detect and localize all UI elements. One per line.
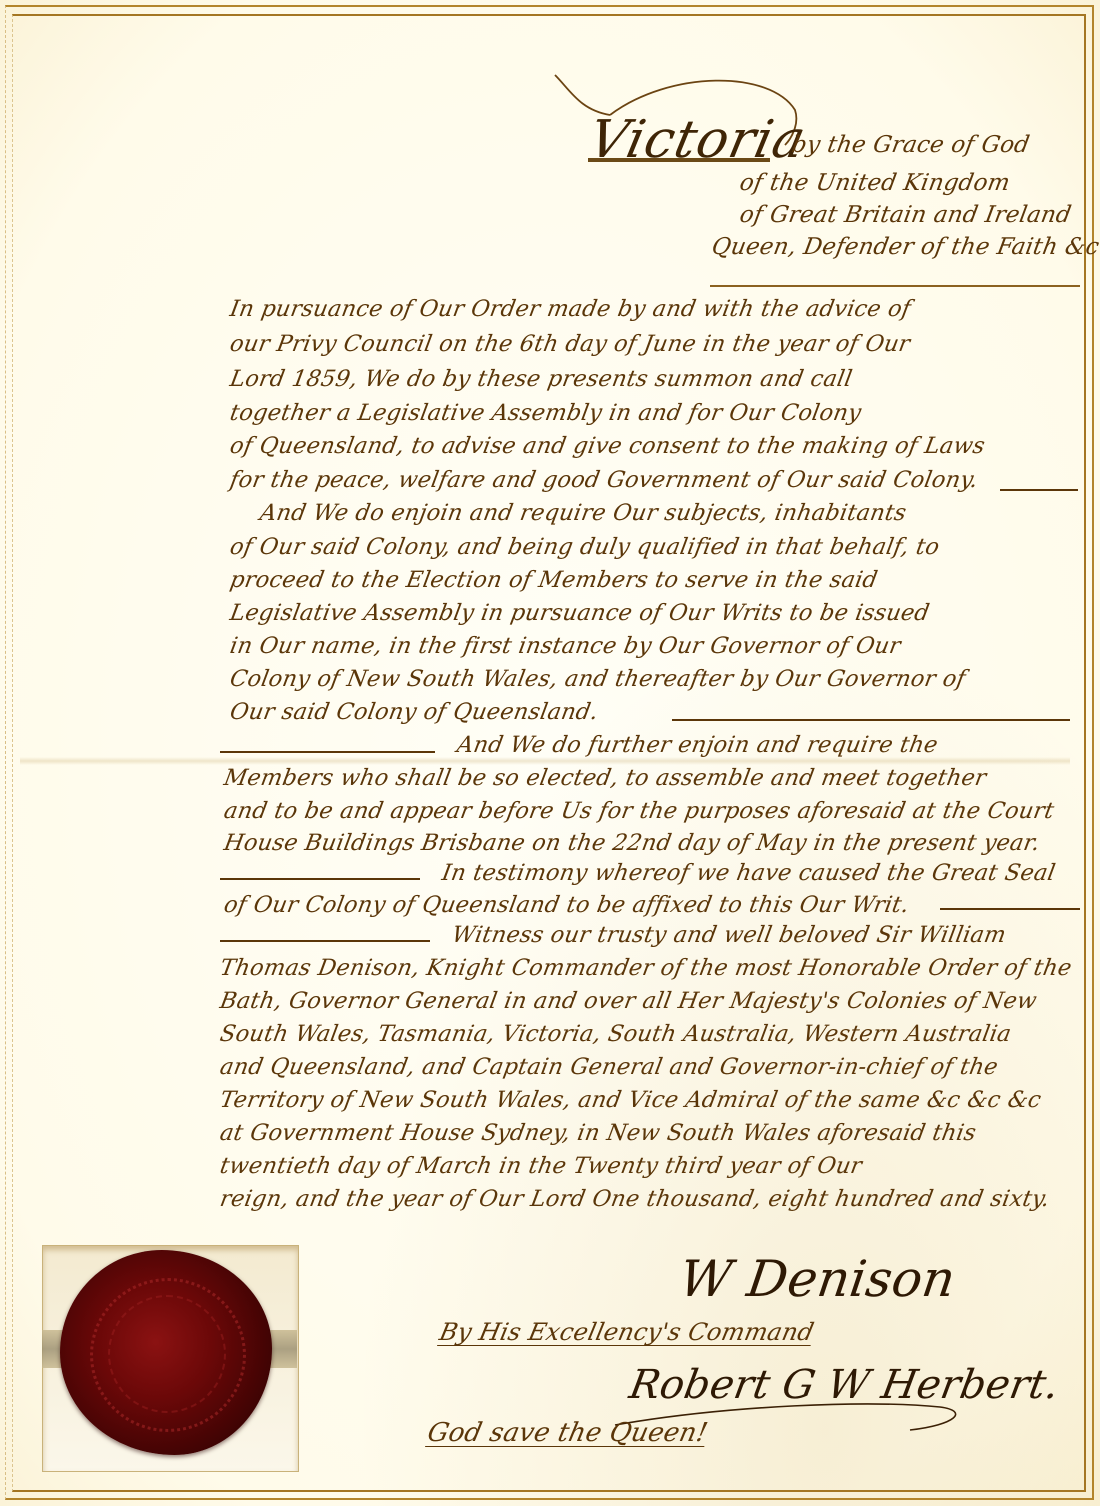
body-line: of Queensland, to advise and give consen… [228, 433, 987, 459]
line-filler-rule [940, 908, 1080, 910]
body-line: Colony of New South Wales, and thereafte… [228, 666, 968, 692]
body-line: Our said Colony of Queensland. [228, 699, 600, 725]
body-line: Legislative Assembly in pursuance of Our… [228, 600, 932, 626]
governor-signature: W Denison [676, 1250, 959, 1308]
closing-line: God save the Queen! [425, 1418, 711, 1448]
indent-rule [220, 878, 420, 880]
body-line: of Our said Colony, and being duly quali… [228, 534, 941, 560]
body-line: South Wales, Tasmania, Victoria, South A… [218, 1021, 1013, 1047]
body-line: together a Legislative Assembly in and f… [228, 400, 863, 426]
line-filler-rule [672, 719, 1070, 721]
body-line: and to be and appear before Us for the p… [222, 798, 1056, 824]
sovereign-underline [588, 158, 770, 162]
body-line: Thomas Denison, Knight Commander of the … [218, 955, 1074, 981]
command-line: By His Excellency's Command [437, 1318, 816, 1346]
style-line-2: of the United Kingdom [738, 170, 1012, 196]
body-line: reign, and the year of Our Lord One thou… [218, 1186, 1052, 1212]
style-line-1: by the Grace of God [790, 132, 1032, 158]
body-line: in Our name, in the first instance by Ou… [228, 633, 903, 659]
body-line: Territory of New South Wales, and Vice A… [218, 1087, 1043, 1113]
body-line: Witness our trusty and well beloved Sir … [450, 922, 1008, 948]
body-line: In testimony whereof we have caused the … [440, 860, 1057, 886]
indent-rule [220, 751, 435, 753]
wax-seal-icon [60, 1250, 272, 1455]
body-line: our Privy Council on the 6th day of June… [228, 331, 912, 357]
heading-rule [710, 285, 1080, 287]
body-line: And We do enjoin and require Our subject… [258, 500, 908, 526]
body-line: House Buildings Brisbane on the 22nd day… [222, 830, 1042, 856]
body-line: twentieth day of March in the Twenty thi… [218, 1153, 864, 1179]
fold-crease [20, 757, 1070, 765]
style-line-4: Queen, Defender of the Faith &c [710, 234, 1100, 260]
body-line: Members who shall be so elected, to asse… [222, 765, 988, 791]
body-line: In pursuance of Our Order made by and wi… [228, 296, 913, 322]
body-line: and Queensland, and Captain General and … [218, 1054, 1000, 1080]
body-line: of Our Colony of Queensland to be affixe… [222, 892, 911, 918]
style-line-3: of Great Britain and Ireland [738, 202, 1074, 228]
body-line: Lord 1859, We do by these presents summo… [228, 366, 854, 392]
line-filler-rule [1000, 489, 1078, 491]
writ-page: Victoria by the Grace of God of the Unit… [0, 0, 1100, 1506]
body-line: And We do further enjoin and require the [455, 732, 940, 758]
body-line: for the peace, welfare and good Governme… [228, 467, 980, 493]
body-line: at Government House Sydney, in New South… [218, 1120, 978, 1146]
indent-rule [220, 940, 430, 942]
body-line: Bath, Governor General in and over all H… [218, 988, 1039, 1014]
seal-ring-inner [108, 1295, 226, 1413]
body-line: proceed to the Election of Members to se… [228, 567, 880, 593]
